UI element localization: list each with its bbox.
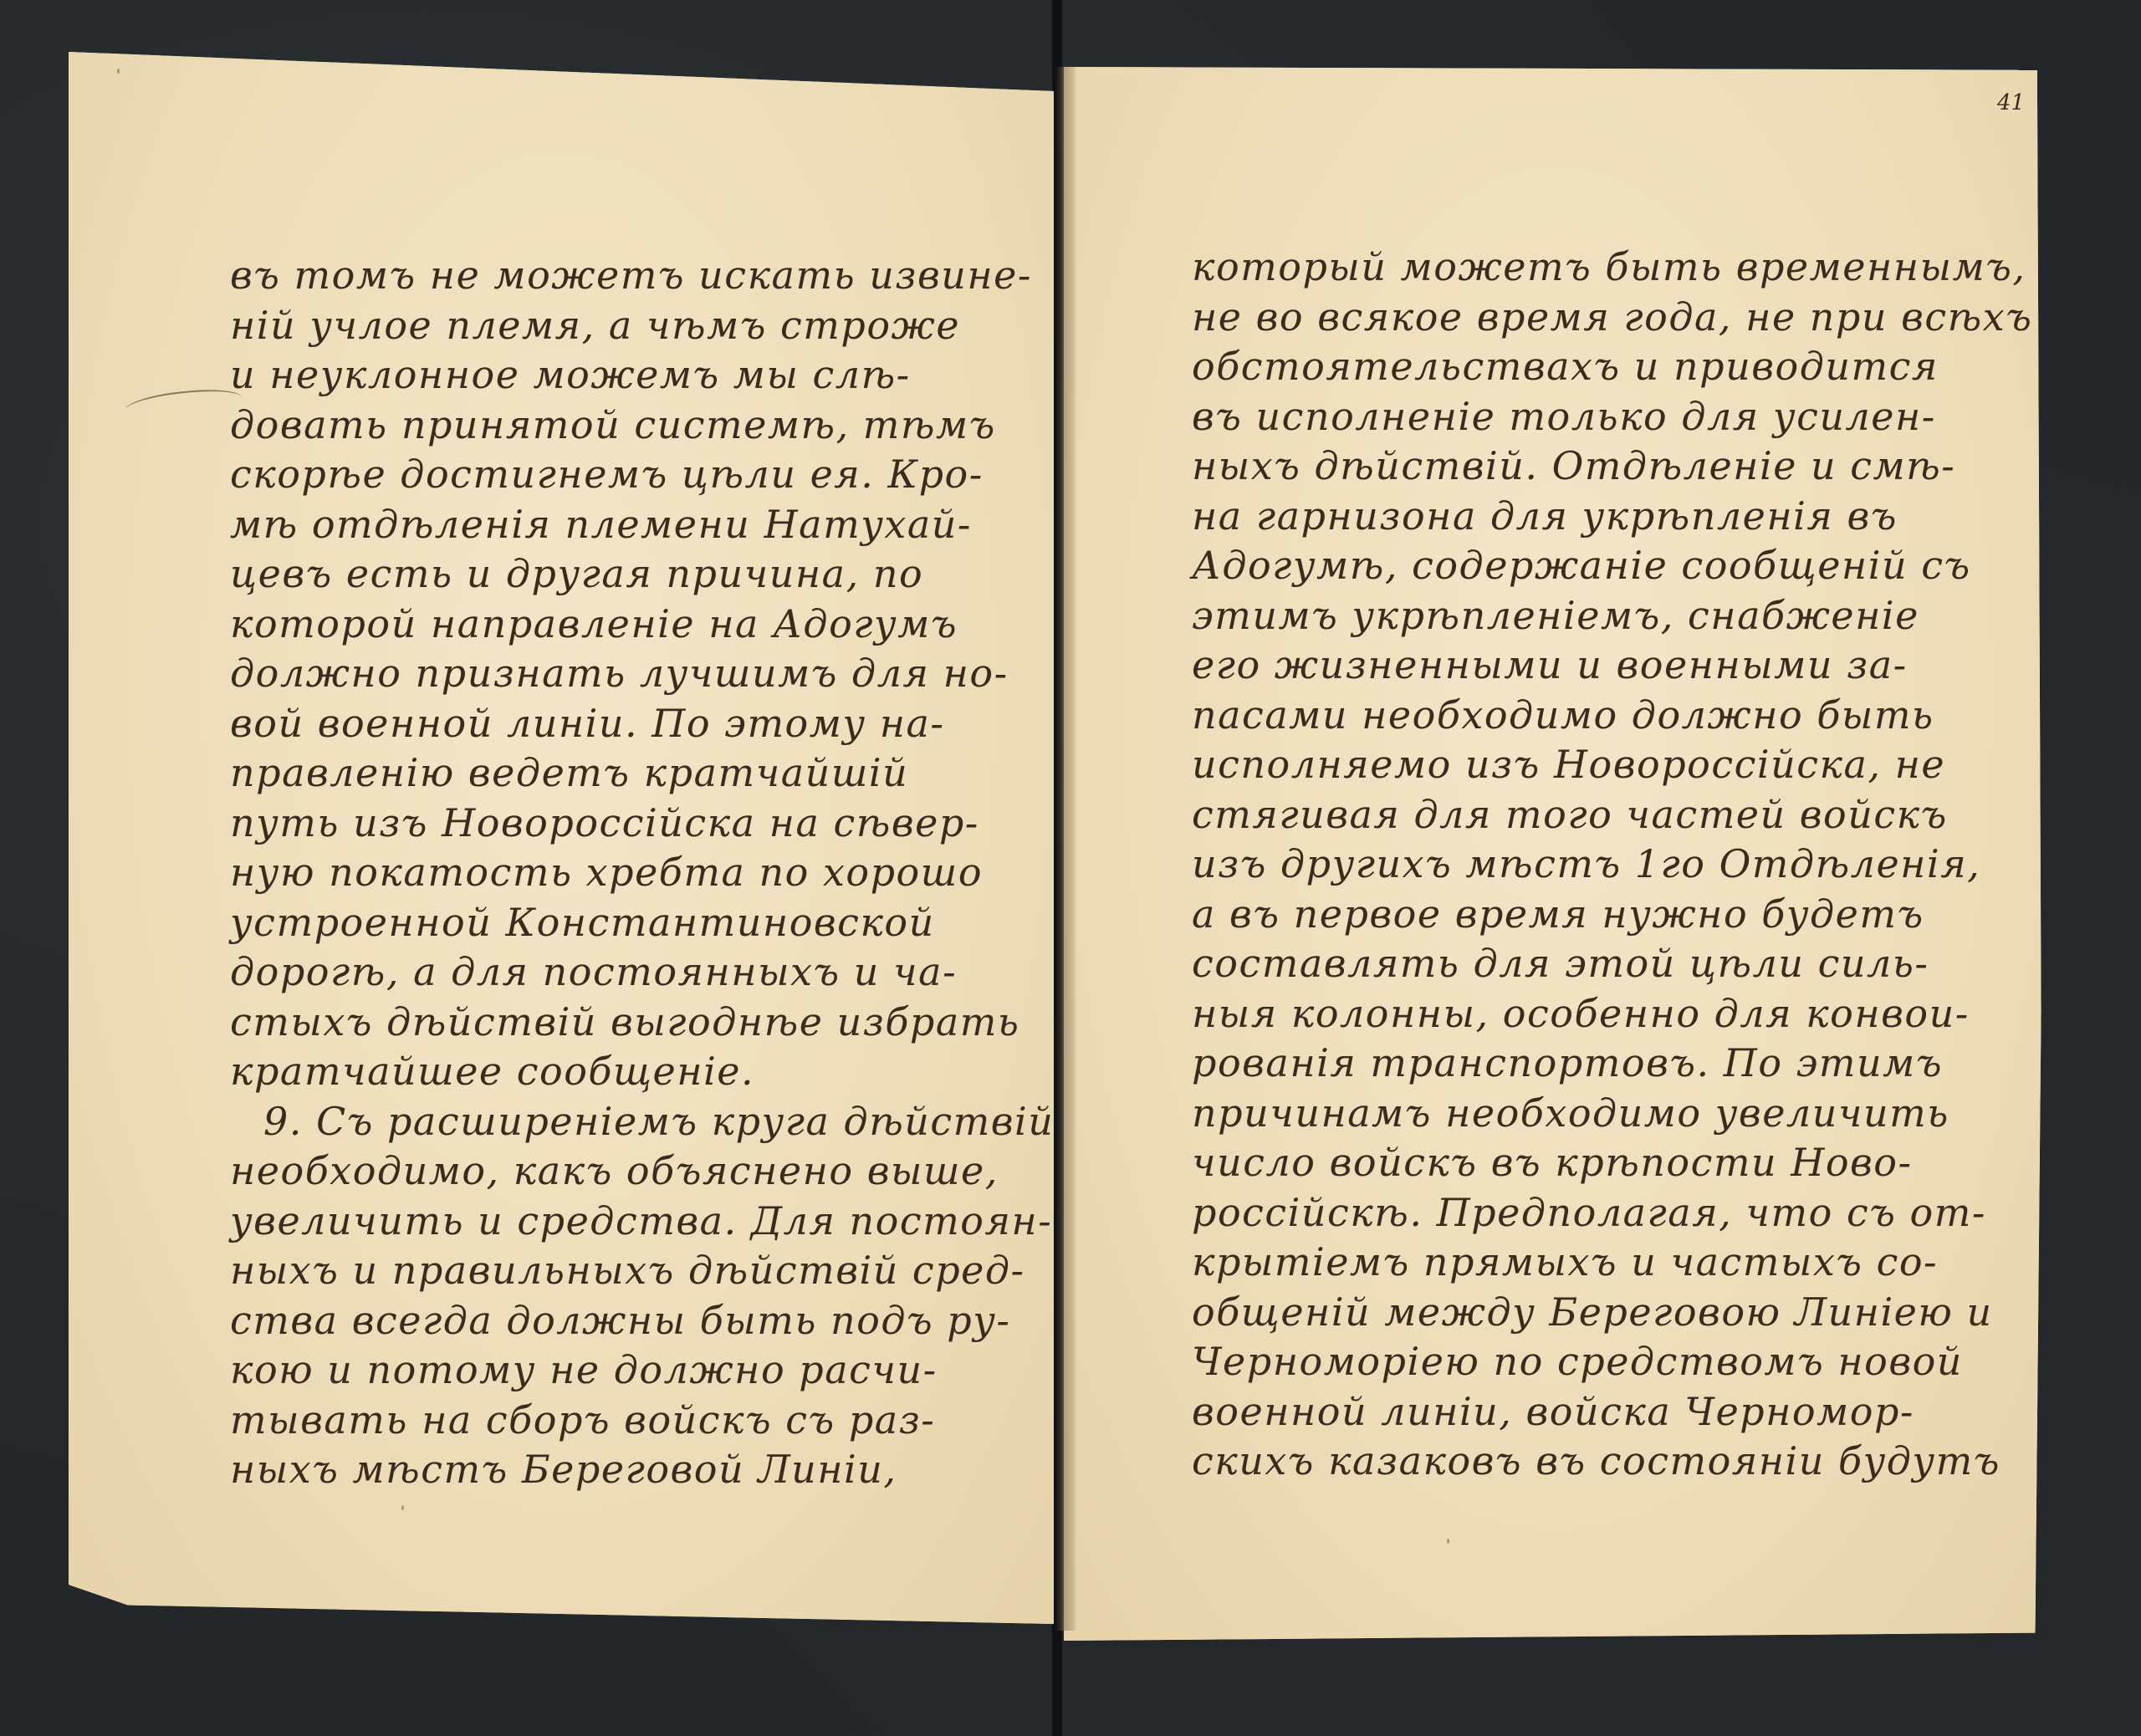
text-line: дорогѣ, а для постоянныхъ и ча- (230, 947, 1054, 998)
text-line: россійскѣ. Предполагая, что съ от- (1192, 1188, 2032, 1238)
text-line: не во всякое время года, не при всѣхъ (1192, 293, 2032, 343)
text-line: устроенной Константиновской (230, 898, 1054, 948)
text-line: число войскъ въ крѣпости Ново- (1192, 1138, 2032, 1188)
text-line: ную покатость хребта по хорошо (230, 848, 1054, 898)
text-line: тывать на сборъ войскъ съ раз- (230, 1396, 1054, 1446)
text-line: увеличить и средства. Для постоян- (230, 1197, 1054, 1247)
text-line: кою и потому не должно расчи- (230, 1345, 1054, 1396)
text-line: причинамъ необходимо увеличить (1192, 1089, 2032, 1139)
paper-speck (401, 1505, 404, 1510)
text-line: который можетъ быть временнымъ, (1192, 243, 2032, 293)
text-line: исполняемо изъ Новороссійска, не (1192, 740, 2032, 790)
text-line: необходимо, какъ объяснено выше, (230, 1146, 1054, 1197)
text-line: Черноморіею по средствомъ новой (1192, 1337, 2032, 1387)
text-line: составлять для этой цѣли силь- (1192, 939, 2032, 989)
text-line: путь изъ Новороссійска на сѣвер- (230, 799, 1054, 849)
paper-speck (1447, 1539, 1449, 1544)
text-line: пасами необходимо должно быть (1192, 691, 2032, 741)
text-line: ныхъ и правильныхъ дѣйствій сред- (230, 1246, 1054, 1296)
right-page-text: который можетъ быть временнымъ, не во вс… (1192, 243, 2032, 1487)
text-line: общеній между Береговою Линіею и (1192, 1288, 2032, 1338)
text-line: обстоятельствахъ и приводится (1192, 342, 2032, 392)
text-line: скорѣе достигнемъ цѣли ея. Кро- (230, 450, 1054, 500)
text-line: на гарнизона для укрѣпленія въ (1192, 492, 2032, 542)
text-line: ныя колонны, особенно для конвои- (1192, 989, 2032, 1039)
text-line: должно признать лучшимъ для но- (230, 649, 1054, 699)
text-line: военной линіи, войска Черномор- (1192, 1387, 2032, 1437)
folio-number: 41 (1997, 90, 2025, 115)
text-line: рованія транспортовъ. По этимъ (1192, 1039, 2032, 1089)
text-line: этимъ укрѣпленіемъ, снабженіе (1192, 591, 2032, 641)
text-line: мѣ отдѣленія племени Натухай- (230, 500, 1054, 550)
text-line: въ томъ не можетъ искать извине- (230, 251, 1054, 301)
gutter-fold-shadow (1055, 67, 1077, 1631)
text-line: довать принятой системѣ, тѣмъ (230, 401, 1054, 451)
text-line: скихъ казаковъ въ состояніи будутъ (1192, 1437, 2032, 1487)
left-page-text: въ томъ не можетъ искать извине- ній учл… (230, 251, 1054, 1495)
text-line: изъ другихъ мѣстъ 1го Отдѣленія, (1192, 840, 2032, 890)
paragraph-9-start: 9. Съ расширеніемъ круга дѣйствій (230, 1097, 1054, 1147)
paper-speck (117, 69, 120, 74)
text-line: ній учлое племя, а чѣмъ строже (230, 301, 1054, 351)
text-line: правленію ведетъ кратчайшій (230, 748, 1054, 799)
text-line: крытіемъ прямыхъ и частыхъ со- (1192, 1238, 2032, 1288)
text-line: стягивая для того частей войскъ (1192, 790, 2032, 840)
text-line: Адогумѣ, содержаніе сообщеній съ (1192, 541, 2032, 591)
text-line: вой военной линіи. По этому на- (230, 699, 1054, 749)
text-line: ныхъ мѣстъ Береговой Линіи, (230, 1445, 1054, 1495)
text-line: въ исполненіе только для усилен- (1192, 392, 2032, 442)
text-line: ства всегда должны быть подъ ру- (230, 1296, 1054, 1346)
text-line: и неуклонное можемъ мы слѣ- (230, 350, 1054, 401)
text-line: которой направленіе на Адогумъ (230, 600, 1054, 650)
text-line: цевъ есть и другая причина, по (230, 549, 1054, 600)
text-line: ныхъ дѣйствій. Отдѣленіе и смѣ- (1192, 442, 2032, 492)
text-line: его жизненными и военными за- (1192, 641, 2032, 691)
text-line: стыхъ дѣйствій выгоднѣе избрать (230, 998, 1054, 1048)
text-line: а въ первое время нужно будетъ (1192, 890, 2032, 940)
text-line: кратчайшее сообщеніе. (230, 1047, 1054, 1097)
